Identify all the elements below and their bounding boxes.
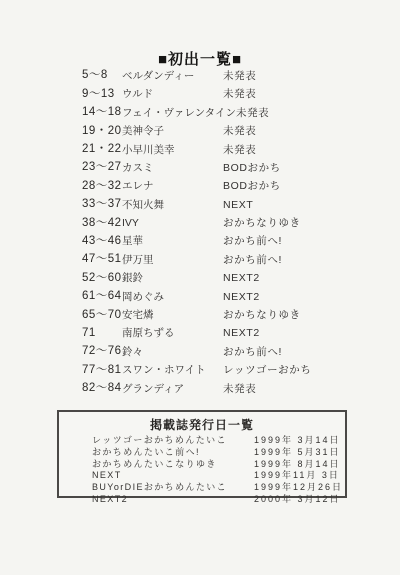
first-appearance-list-title: ■初出一覧■ <box>0 48 400 69</box>
page-range: 5〜8 <box>82 70 122 82</box>
publication-row: NEXT2 2000年 3月12日 <box>59 493 345 505</box>
page-range: 14〜18 <box>82 107 122 119</box>
publication-name: おかちめんたいこなりゆき <box>92 460 254 469</box>
character-name: エレナ <box>122 181 223 192</box>
publication-date: 1999年 8月14日 <box>254 460 341 469</box>
source-label: 未発表 <box>236 108 269 119</box>
source-label: おかちなりゆき <box>223 310 301 321</box>
list-item: 14〜18 フェイ・ヴァレンタイン 未発表 <box>0 104 400 122</box>
page-range: 71 <box>82 328 122 340</box>
character-name: 銀鈴 <box>122 273 223 284</box>
source-label: おかち前へ! <box>223 236 282 247</box>
list-item: 19・20 美神令子 未発表 <box>0 122 400 140</box>
character-name: 不知火舞 <box>122 200 223 211</box>
source-label: 未発表 <box>223 145 256 156</box>
source-label: 未発表 <box>223 126 256 137</box>
source-label: NEXT2 <box>223 292 260 303</box>
publication-row: おかちめんたいこ前へ! 1999年 5月31日 <box>59 447 345 459</box>
character-name: 小早川美幸 <box>122 145 223 156</box>
source-label: おかち前へ! <box>223 347 282 358</box>
first-appearance-list: 5〜8 ベルダンディー 未発表 9〜13 ウルド 未発表 14〜18 フェイ・ヴ… <box>0 67 400 398</box>
character-name: 岡めぐみ <box>122 292 223 303</box>
page-range: 47〜51 <box>82 254 122 266</box>
list-item: 9〜13 ウルド 未発表 <box>0 85 400 103</box>
page-range: 72〜76 <box>82 346 122 358</box>
list-item: 43〜46 星華 おかち前へ! <box>0 233 400 251</box>
character-name: 伊万里 <box>122 255 223 266</box>
list-item: 38〜42 IVY おかちなりゆき <box>0 214 400 232</box>
publication-date: 1999年 5月31日 <box>254 448 341 457</box>
page-range: 77〜81 <box>82 365 122 377</box>
list-item: 28〜32 エレナ BODおかち <box>0 177 400 195</box>
character-name: フェイ・ヴァレンタイン <box>122 108 236 119</box>
source-label: おかちなりゆき <box>223 218 301 229</box>
source-label: おかち前へ! <box>223 255 282 266</box>
character-name: ベルダンディー <box>122 71 223 82</box>
list-item: 77〜81 スワン・ホワイト レッツゴーおかち <box>0 361 400 379</box>
list-item: 23〜27 カスミ BODおかち <box>0 159 400 177</box>
publication-dates-box: 掲載誌発行日一覧 レッツゴーおかちめんたいこ 1999年 3月14日 おかちめん… <box>57 410 347 498</box>
page-range: 38〜42 <box>82 218 122 230</box>
scanned-document-page: ■初出一覧■ 5〜8 ベルダンディー 未発表 9〜13 ウルド 未発表 14〜1… <box>0 0 400 575</box>
publication-date: 2000年 3月12日 <box>254 495 341 504</box>
publication-name: NEXT2 <box>92 495 254 504</box>
list-item: 5〜8 ベルダンディー 未発表 <box>0 67 400 85</box>
character-name: スワン・ホワイト <box>122 365 223 376</box>
publication-dates-list: レッツゴーおかちめんたいこ 1999年 3月14日 おかちめんたいこ前へ! 19… <box>59 435 345 505</box>
publication-row: NEXT 1999年11月 3日 <box>59 470 345 482</box>
publication-dates-title: 掲載誌発行日一覧 <box>59 416 345 433</box>
list-item: 72〜76 鈴々 おかち前へ! <box>0 343 400 361</box>
character-name: ウルド <box>122 89 223 100</box>
publication-name: BUYorDIEおかちめんたいこ <box>92 483 254 492</box>
page-range: 9〜13 <box>82 89 122 101</box>
list-item: 82〜84 グランディア 未発表 <box>0 380 400 398</box>
list-item: 71 南原ちずる NEXT2 <box>0 324 400 342</box>
page-range: 52〜60 <box>82 273 122 285</box>
publication-date: 1999年11月 3日 <box>254 471 340 480</box>
publication-date: 1999年 3月14日 <box>254 436 341 445</box>
source-label: レッツゴーおかち <box>223 365 312 376</box>
source-label: 未発表 <box>223 384 256 395</box>
publication-name: レッツゴーおかちめんたいこ <box>92 436 254 445</box>
character-name: IVY <box>122 218 223 229</box>
character-name: 安宅燐 <box>122 310 223 321</box>
source-label: NEXT2 <box>223 273 260 284</box>
publication-row: BUYorDIEおかちめんたいこ 1999年12月26日 <box>59 482 345 494</box>
list-item: 65〜70 安宅燐 おかちなりゆき <box>0 306 400 324</box>
character-name: グランディア <box>122 384 223 395</box>
list-item: 47〜51 伊万里 おかち前へ! <box>0 251 400 269</box>
publication-row: おかちめんたいこなりゆき 1999年 8月14日 <box>59 458 345 470</box>
page-range: 82〜84 <box>82 383 122 395</box>
character-name: 美神令子 <box>122 126 223 137</box>
source-label: 未発表 <box>223 71 256 82</box>
character-name: 星華 <box>122 236 223 247</box>
page-range: 33〜37 <box>82 199 122 211</box>
page-range: 19・20 <box>82 126 122 138</box>
list-item: 21・22 小早川美幸 未発表 <box>0 141 400 159</box>
source-label: 未発表 <box>223 89 256 100</box>
character-name: カスミ <box>122 163 223 174</box>
publication-name: おかちめんたいこ前へ! <box>92 448 254 457</box>
source-label: NEXT <box>223 200 253 211</box>
page-range: 28〜32 <box>82 181 122 193</box>
page-range: 23〜27 <box>82 162 122 174</box>
page-range: 21・22 <box>82 144 122 156</box>
publication-name: NEXT <box>92 471 254 480</box>
publication-row: レッツゴーおかちめんたいこ 1999年 3月14日 <box>59 435 345 447</box>
list-item: 33〜37 不知火舞 NEXT <box>0 196 400 214</box>
source-label: BODおかち <box>223 163 281 174</box>
page-range: 43〜46 <box>82 236 122 248</box>
source-label: NEXT2 <box>223 328 260 339</box>
page-range: 65〜70 <box>82 310 122 322</box>
source-label: BODおかち <box>223 181 281 192</box>
page-range: 61〜64 <box>82 291 122 303</box>
publication-date: 1999年12月26日 <box>254 483 343 492</box>
character-name: 鈴々 <box>122 347 223 358</box>
list-item: 61〜64 岡めぐみ NEXT2 <box>0 288 400 306</box>
character-name: 南原ちずる <box>122 328 223 339</box>
list-item: 52〜60 銀鈴 NEXT2 <box>0 269 400 287</box>
